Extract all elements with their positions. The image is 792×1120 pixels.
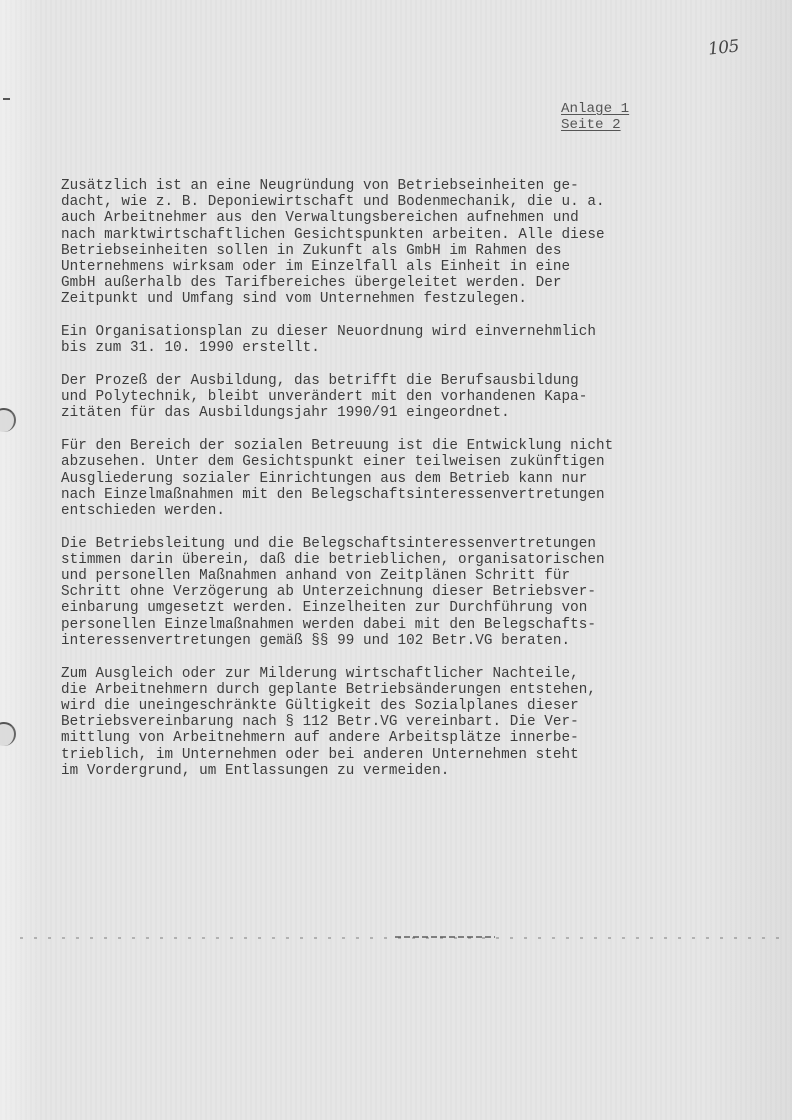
text-line: dacht, wie z. B. Deponiewirtschaft und B…	[61, 194, 721, 210]
text-line: die Arbeitnehmern durch geplante Betrieb…	[61, 682, 721, 698]
text-line: entschieden werden.	[61, 503, 721, 519]
text-line: stimmen darin überein, daß die betriebli…	[61, 552, 721, 568]
text-line: Schritt ohne Verzögerung ab Unterzeichnu…	[61, 584, 721, 600]
scan-artifact-line	[395, 936, 495, 938]
paragraph-organisation-plan: Ein Organisationsplan zu dieser Neuordnu…	[61, 324, 721, 356]
scanned-document-page: 105 Anlage 1 Seite 2 Zusätzlich ist an e…	[0, 0, 792, 1120]
text-line: Für den Bereich der sozialen Betreuung i…	[61, 438, 721, 454]
text-line: Ein Organisationsplan zu dieser Neuordnu…	[61, 324, 721, 340]
text-line: Zusätzlich ist an eine Neugründung von B…	[61, 178, 721, 194]
text-line: nach Einzelmaßnahmen mit den Belegschaft…	[61, 487, 721, 503]
paragraph-social-care: Für den Bereich der sozialen Betreuung i…	[61, 438, 721, 519]
text-line: Ausgliederung sozialer Einrichtungen aus…	[61, 471, 721, 487]
text-line: und personellen Maßnahmen anhand von Zei…	[61, 568, 721, 584]
text-line: nach marktwirtschaftlichen Gesichtspunkt…	[61, 227, 721, 243]
text-line: bis zum 31. 10. 1990 erstellt.	[61, 340, 721, 356]
text-line: Zeitpunkt und Umfang sind vom Unternehme…	[61, 291, 721, 307]
text-line: auch Arbeitnehmer aus den Verwaltungsber…	[61, 210, 721, 226]
handwritten-page-number: 105	[707, 36, 740, 59]
text-line: trieblich, im Unternehmen oder bei ander…	[61, 747, 721, 763]
text-line: personellen Einzelmaßnahmen werden dabei…	[61, 617, 721, 633]
text-line: mittlung von Arbeitnehmern auf andere Ar…	[61, 730, 721, 746]
paragraph-vocational-training: Der Prozeß der Ausbildung, das betrifft …	[61, 373, 721, 422]
punch-hole-icon	[0, 722, 16, 746]
annex-page: Seite 2	[561, 117, 629, 133]
stray-ink-mark	[3, 98, 10, 100]
text-line: abzusehen. Unter dem Gesichtspunkt einer…	[61, 454, 721, 470]
text-line: und Polytechnik, bleibt unverändert mit …	[61, 389, 721, 405]
document-body: Zusätzlich ist an eine Neugründung von B…	[61, 178, 721, 796]
annex-label: Anlage 1 Seite 2	[561, 101, 629, 133]
text-line: Betriebsvereinbarung nach § 112 Betr.VG …	[61, 714, 721, 730]
punch-hole-icon	[0, 408, 16, 432]
annex-title: Anlage 1	[561, 101, 629, 117]
paragraph-social-plan: Zum Ausgleich oder zur Milderung wirtsch…	[61, 666, 721, 779]
text-line: wird die uneingeschränkte Gültigkeit des…	[61, 698, 721, 714]
text-line: einbarung umgesetzt werden. Einzelheiten…	[61, 600, 721, 616]
text-line: GmbH außerhalb des Tarifbereiches überge…	[61, 275, 721, 291]
text-line: Die Betriebsleitung und die Belegschafts…	[61, 536, 721, 552]
text-line: im Vordergrund, um Entlassungen zu verme…	[61, 763, 721, 779]
paragraph-measures-agreement: Die Betriebsleitung und die Belegschafts…	[61, 536, 721, 649]
text-line: Unternehmens wirksam oder im Einzelfall …	[61, 259, 721, 275]
text-line: Betriebseinheiten sollen in Zukunft als …	[61, 243, 721, 259]
paragraph-new-business-units: Zusätzlich ist an eine Neugründung von B…	[61, 178, 721, 308]
text-line: Der Prozeß der Ausbildung, das betrifft …	[61, 373, 721, 389]
text-line: Zum Ausgleich oder zur Milderung wirtsch…	[61, 666, 721, 682]
text-line: zitäten für das Ausbildungsjahr 1990/91 …	[61, 405, 721, 421]
text-line: interessenvertretungen gemäß §§ 99 und 1…	[61, 633, 721, 649]
